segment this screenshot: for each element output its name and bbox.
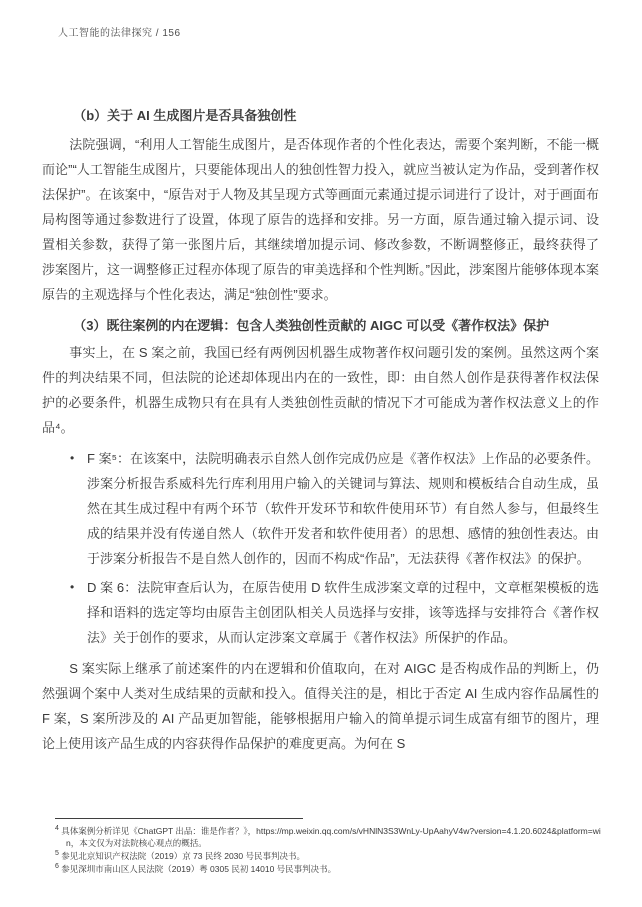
footnote-4-text: 具体案例分析详见《ChatGPT 出品：谁是作者？》，https://mp.we… <box>61 826 600 848</box>
heading-3-precedent-logic: （3）既往案例的内在逻辑：包含人类独创性贡献的 AIGC 可以受《著作权法》保护 <box>42 313 599 338</box>
paragraph-s-case-conclusion: S 案实际上继承了前述案件的内在逻辑和价值取向，在对 AIGC 是否构成作品的判… <box>42 656 599 756</box>
footnotes-section: 4 具体案例分析详见《ChatGPT 出品：谁是作者？》，https://mp.… <box>55 818 603 876</box>
footnote-4-marker: 4 <box>55 825 59 832</box>
bullet-item-d-case: • D 案 6：法院审查后认为，在原告使用 D 软件生成涉案文章的过程中，文章框… <box>42 575 599 650</box>
footnote-6-marker: 6 <box>55 863 59 870</box>
footnote-separator <box>55 818 303 819</box>
bullet-icon: • <box>70 575 74 600</box>
footnote-5-text: 参见北京知识产权法院（2019）京 73 民终 2030 号民事判决书。 <box>61 851 305 861</box>
paragraph-court-emphasis: 法院强调，“利用人工智能生成图片，是否体现作者的个性化表达，需要个案判断，不能一… <box>42 132 599 307</box>
paragraph-precedent-cases: 事实上，在 S 案之前，我国已经有两例因机器生成物著作权问题引发的案例。虽然这两… <box>42 340 599 440</box>
page-body: （b）关于 AI 生成图片是否具备独创性 法院强调，“利用人工智能生成图片，是否… <box>42 103 599 756</box>
d-case-text: D 案 6：法院审查后认为，在原告使用 D 软件生成涉案文章的过程中，文章框架模… <box>87 580 599 645</box>
document-page: 人工智能的法律探究 / 156 （b）关于 AI 生成图片是否具备独创性 法院强… <box>0 0 642 907</box>
footnote-4: 4 具体案例分析详见《ChatGPT 出品：谁是作者？》，https://mp.… <box>55 825 603 849</box>
footnote-6-text: 参见深圳市南山区人民法院（2019）粤 0305 民初 14010 号民事判决书… <box>61 864 336 874</box>
footnote-5-marker: 5 <box>55 850 59 857</box>
bullet-icon: • <box>70 446 74 471</box>
f-case-text: F 案⁵：在该案中，法院明确表示自然人创作完成仍应是《著作权法》上作品的必要条件… <box>87 451 599 566</box>
bullet-item-f-case: • F 案⁵：在该案中，法院明确表示自然人创作完成仍应是《著作权法》上作品的必要… <box>42 446 599 571</box>
case-bullet-list: • F 案⁵：在该案中，法院明确表示自然人创作完成仍应是《著作权法》上作品的必要… <box>42 446 599 650</box>
footnote-6: 6 参见深圳市南山区人民法院（2019）粤 0305 民初 14010 号民事判… <box>55 863 603 875</box>
running-header: 人工智能的法律探究 / 156 <box>58 24 181 39</box>
footnote-5: 5 参见北京知识产权法院（2019）京 73 民终 2030 号民事判决书。 <box>55 850 603 862</box>
heading-b-originality: （b）关于 AI 生成图片是否具备独创性 <box>42 103 599 128</box>
